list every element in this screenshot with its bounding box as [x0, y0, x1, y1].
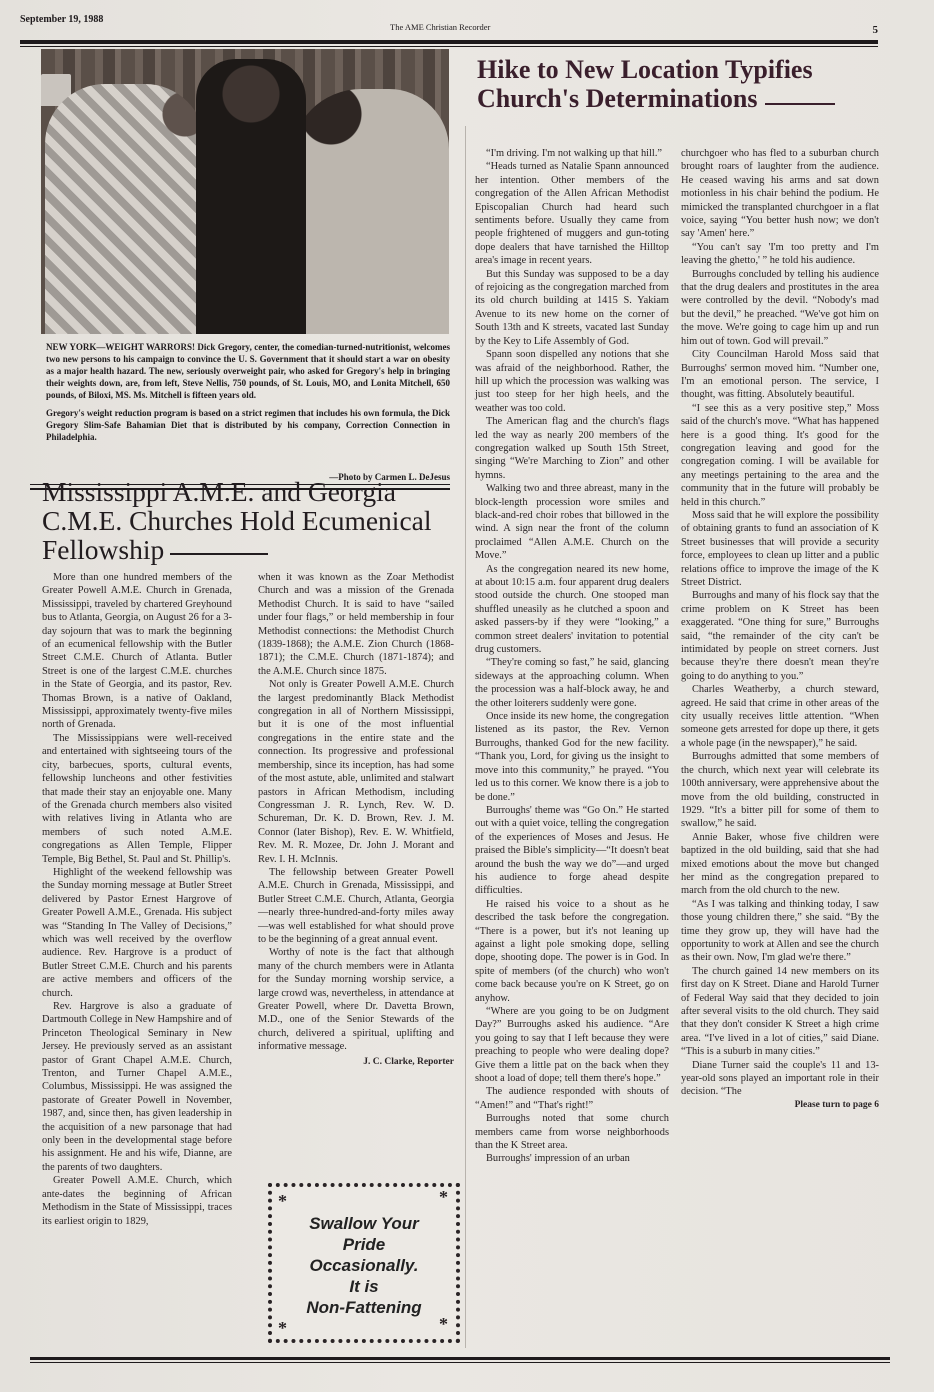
paragraph: Charles Weatherby, a church steward, agr…: [681, 683, 879, 750]
paragraph: Annie Baker, whose five children were ba…: [681, 831, 879, 898]
paragraph: Once inside its new home, the congregati…: [475, 710, 669, 804]
caption-paragraph: Gregory's weight reduction program is ba…: [46, 407, 450, 443]
person-center: [196, 59, 306, 334]
paragraph: Moss said that he will explore the possi…: [681, 509, 879, 589]
headline-left: Mississippi A.M.E. and Georgia C.M.E. Ch…: [42, 477, 462, 564]
paragraph: Diane Turner said the couple's 11 and 13…: [681, 1059, 879, 1099]
asterisk-ornament: *: [278, 1318, 287, 1339]
paragraph: Rev. Hargrove is also a graduate of Dart…: [42, 1000, 232, 1174]
paragraph: “They're coming so fast,” he said, glanc…: [475, 656, 669, 710]
paragraph: “As I was talking and thinking today, I …: [681, 898, 879, 965]
paragraph: He raised his voice to a shout as he des…: [475, 898, 669, 1005]
paragraph: The American flag and the church's flags…: [475, 415, 669, 482]
box-ad-text: Swallow Your Pride Occasionally. It is N…: [272, 1213, 456, 1318]
masthead-rule-thin: [20, 46, 878, 47]
masthead-rule: [20, 40, 878, 44]
paragraph: Burroughs concluded by telling his audie…: [681, 268, 879, 348]
newspaper-page: September 19, 1988 The AME Christian Rec…: [0, 0, 934, 1392]
paragraph: City Councilman Harold Moss said that Bu…: [681, 348, 879, 402]
paragraph: Burroughs noted that some church members…: [475, 1112, 669, 1152]
paragraph: As the congregation neared its new home,…: [475, 563, 669, 657]
paragraph: “You can't say 'I'm too pretty and I'm l…: [681, 241, 879, 268]
paragraph: The church gained 14 new members on its …: [681, 965, 879, 1059]
paragraph: More than one hundred members of the Gre…: [42, 571, 232, 732]
paragraph: “I'm driving. I'm not walking up that hi…: [475, 147, 669, 160]
paragraph: Burroughs and many of his flock say that…: [681, 589, 879, 683]
paragraph: “Where are you going to be on Judgment D…: [475, 1005, 669, 1085]
news-photo: [41, 49, 449, 334]
paragraph: The audience responded with shouts of “A…: [475, 1085, 669, 1112]
article-left-column-1: More than one hundred members of the Gre…: [42, 571, 232, 1228]
paragraph: Burroughs' impression of an urban: [475, 1152, 669, 1165]
paragraph: Worthy of note is the fact that although…: [258, 946, 454, 1053]
paragraph: Greater Powell A.M.E. Church, which ante…: [42, 1174, 232, 1228]
issue-date: September 19, 1988: [20, 14, 103, 25]
masthead: September 19, 1988 The AME Christian Rec…: [20, 14, 878, 42]
caption-paragraph: NEW YORK—WEIGHT WARRORS! Dick Gregory, c…: [46, 341, 450, 401]
paragraph: when it was known as the Zoar Methodist …: [258, 571, 454, 678]
photo-caption: NEW YORK—WEIGHT WARRORS! Dick Gregory, c…: [46, 341, 450, 443]
paragraph: “I see this as a very positive step,” Mo…: [681, 402, 879, 509]
paragraph: “Heads turned as Natalie Spann announced…: [475, 160, 669, 267]
article-left-column-2: when it was known as the Zoar Methodist …: [258, 571, 454, 1069]
column-divider: [465, 126, 466, 1348]
asterisk-ornament: *: [278, 1191, 287, 1212]
headline-right: Hike to New Location Typifies Church's D…: [477, 55, 887, 113]
filler-box-ad: * * * * Swallow Your Pride Occasionally.…: [268, 1183, 460, 1343]
paragraph: The Mississippians were well-received an…: [42, 732, 232, 866]
paragraph: Burroughs' theme was “Go On.” He started…: [475, 804, 669, 898]
headline-rule: [765, 103, 835, 105]
paragraph: Highlight of the weekend fellowship was …: [42, 866, 232, 1000]
paragraph: Spann soon dispelled any notions that sh…: [475, 348, 669, 415]
publication-name: The AME Christian Recorder: [390, 22, 490, 32]
page-number: 5: [873, 24, 879, 36]
paragraph: But this Sunday was supposed to be a day…: [475, 268, 669, 348]
byline: J. C. Clarke, Reporter: [258, 1056, 454, 1069]
footer-rule: [30, 1357, 890, 1360]
person-right: [291, 89, 449, 334]
paragraph: Burroughs admitted that some members of …: [681, 750, 879, 830]
article-right-column-2: churchgoer who has fled to a suburban ch…: [681, 147, 879, 1112]
paragraph: Walking two and three abreast, many in t…: [475, 482, 669, 562]
asterisk-ornament: *: [439, 1187, 448, 1208]
paragraph: Not only is Greater Powell A.M.E. Church…: [258, 678, 454, 866]
footer-rule-thin: [30, 1362, 890, 1363]
continuation-link[interactable]: Please turn to page 6: [681, 1099, 879, 1112]
paragraph: churchgoer who has fled to a suburban ch…: [681, 147, 879, 241]
person-left: [45, 84, 205, 334]
paragraph: The fellowship between Greater Powell A.…: [258, 866, 454, 946]
article-right-column-1: “I'm driving. I'm not walking up that hi…: [475, 147, 669, 1166]
headline-rule: [170, 553, 268, 555]
